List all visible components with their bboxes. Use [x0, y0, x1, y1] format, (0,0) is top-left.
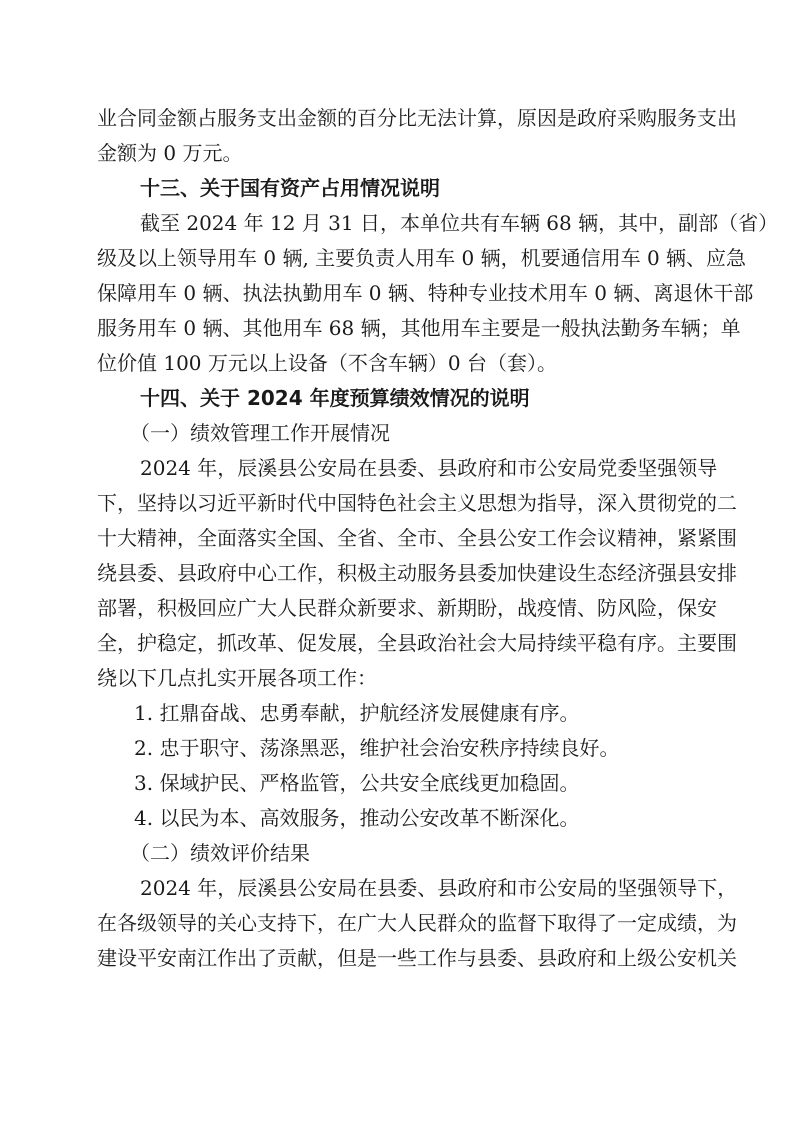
paragraph-line: 2024 年，辰溪县公安局在县委、县政府和市公安局的坚强领导下，: [97, 871, 698, 906]
document-page: 业合同金额占服务支出金额的百分比无法计算，原因是政府采购服务支出 金额为 0 万…: [97, 101, 698, 976]
subsection-heading-2: （二）绩效评价结果: [97, 836, 698, 871]
subsection-heading-1: （一）绩效管理工作开展情况: [97, 416, 698, 451]
paragraph-line: 截至 2024 年 12 月 31 日，本单位共有车辆 68 辆，其中，副部（省…: [97, 206, 698, 241]
paragraph-line: 部署，积极回应广大人民群众新要求、新期盼，战疫情、防风险，保安: [97, 591, 698, 626]
paragraph-line: 在各级领导的关心支持下，在广大人民群众的监督下取得了一定成绩，为: [97, 906, 698, 941]
list-item-2: 2. 忠于职守、荡涤黑恶，维护社会治安秩序持续良好。: [97, 731, 698, 766]
section-heading-13: 十三、关于国有资产占用情况说明: [97, 171, 698, 206]
section-heading-14: 十四、关于 2024 年度预算绩效情况的说明: [97, 381, 698, 416]
list-item-4: 4. 以民为本、高效服务，推动公安改革不断深化。: [97, 801, 698, 836]
paragraph-line: 绕以下几点扎实开展各项工作：: [97, 661, 698, 696]
paragraph-line: 下，坚持以习近平新时代中国特色社会主义思想为指导，深入贯彻党的二: [97, 486, 698, 521]
paragraph-line: 十大精神，全面落实全国、全省、全市、全县公安工作会议精神，紧紧围: [97, 521, 698, 556]
list-item-1: 1. 扛鼎奋战、忠勇奉献，护航经济发展健康有序。: [97, 696, 698, 731]
paragraph-line: 金额为 0 万元。: [97, 136, 698, 171]
paragraph-line: 保障用车 0 辆、执法执勤用车 0 辆、特种专业技术用车 0 辆、离退休干部: [97, 276, 698, 311]
paragraph-line: 级及以上领导用车 0 辆, 主要负责人用车 0 辆，机要通信用车 0 辆、应急: [97, 241, 698, 276]
paragraph-line: 2024 年，辰溪县公安局在县委、县政府和市公安局党委坚强领导: [97, 451, 698, 486]
list-item-3: 3. 保域护民、严格监管，公共安全底线更加稳固。: [97, 766, 698, 801]
paragraph-line: 服务用车 0 辆、其他用车 68 辆，其他用车主要是一般执法勤务车辆；单: [97, 311, 698, 346]
paragraph-line: 位价值 100 万元以上设备（不含车辆）0 台（套）。: [97, 346, 698, 381]
paragraph-line: 业合同金额占服务支出金额的百分比无法计算，原因是政府采购服务支出: [97, 101, 698, 136]
paragraph-line: 绕县委、县政府中心工作，积极主动服务县委加快建设生态经济强县安排: [97, 556, 698, 591]
paragraph-line: 建设平安南江作出了贡献，但是一些工作与县委、县政府和上级公安机关: [97, 941, 698, 976]
paragraph-line: 全，护稳定，抓改革、促发展，全县政治社会大局持续平稳有序。主要围: [97, 626, 698, 661]
